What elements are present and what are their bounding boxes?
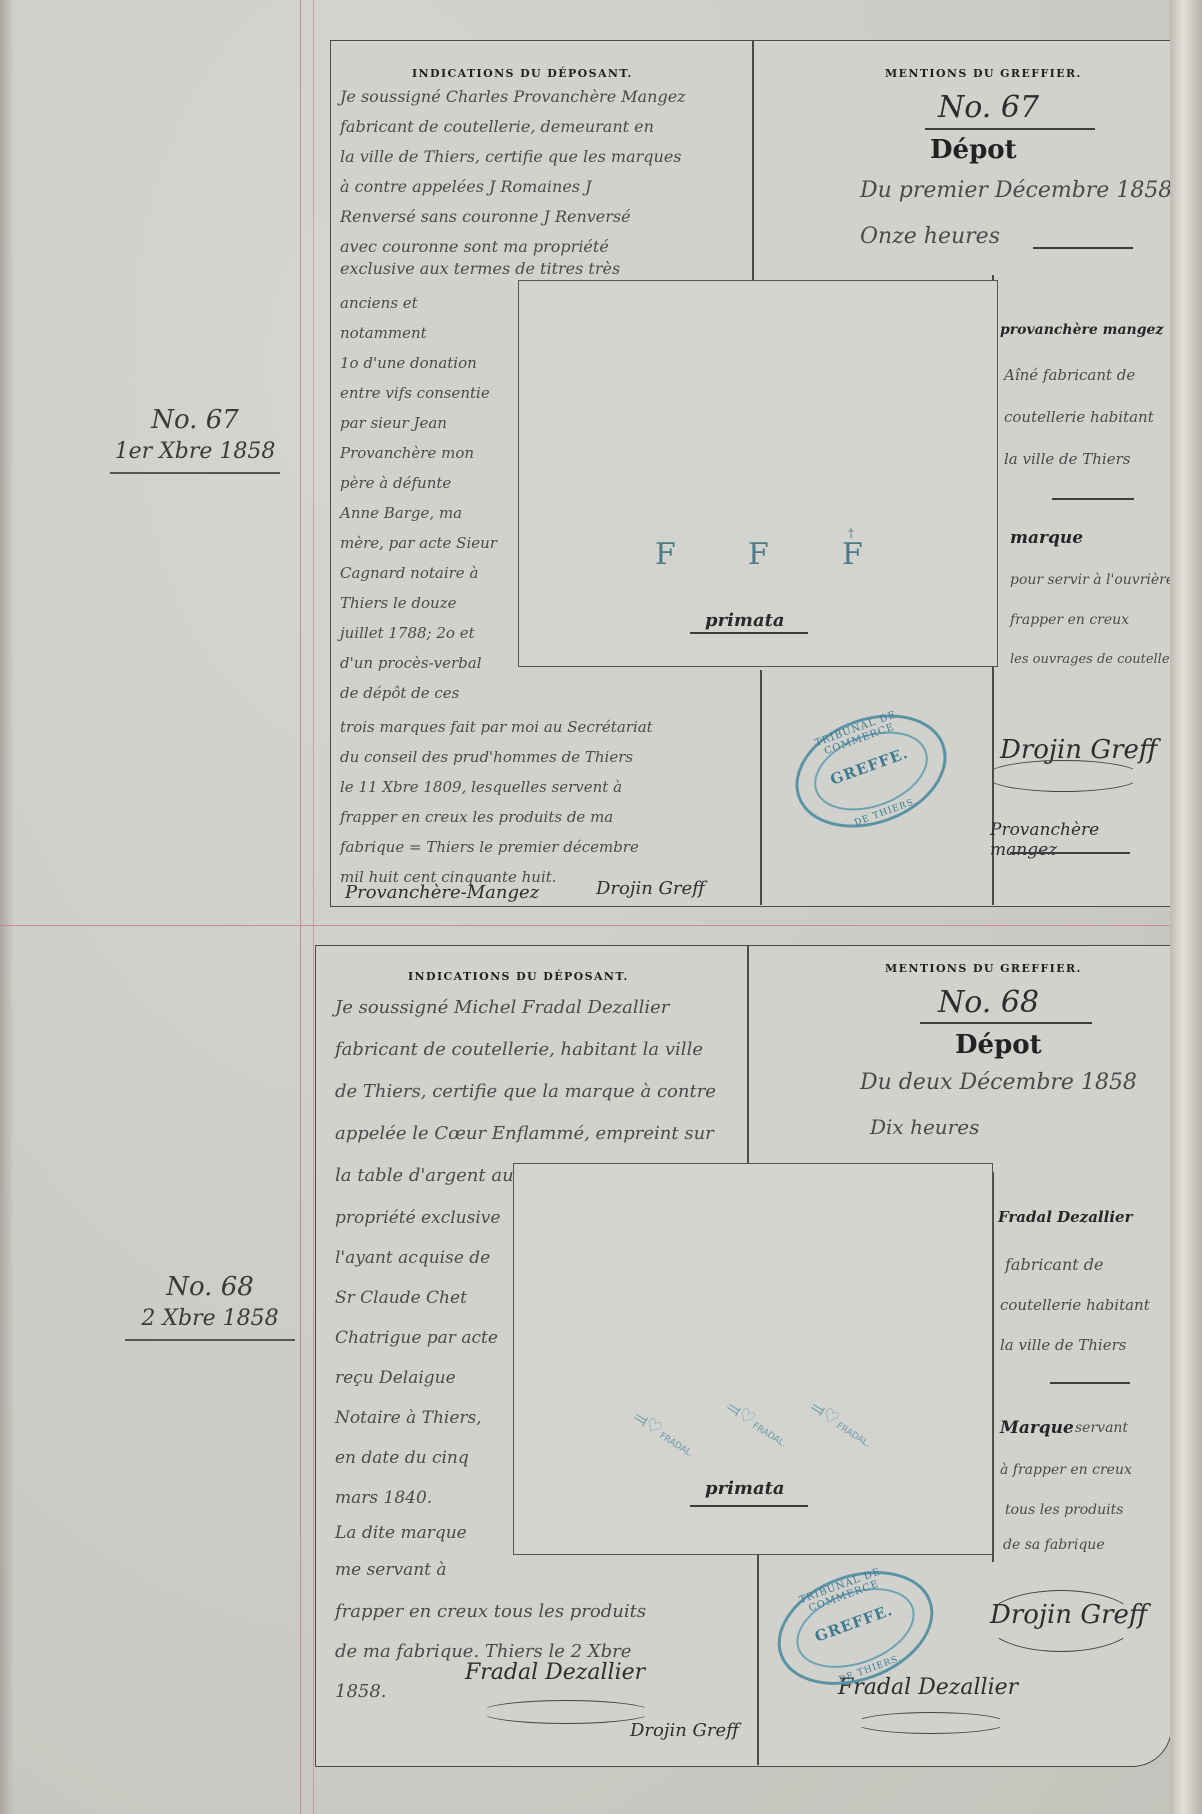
depot-date-68: Du deux Décembre 1858 <box>860 1068 1137 1098</box>
depositor-signature-68: Fradal Dezallier <box>465 1660 645 1685</box>
greffier-note-lead: marque <box>1010 528 1083 548</box>
depot-time-underline <box>1033 247 1133 249</box>
margin-date: 1er Xbre 1858 <box>100 439 290 464</box>
greffier-note-line: Aîné fabricant de <box>1004 360 1135 390</box>
greffier-note-line: frapper en creux <box>1010 605 1129 635</box>
deposit-number-underline <box>920 1022 1092 1024</box>
text-line: appelée le Cœur Enflammé, empreint sur <box>335 1119 714 1149</box>
text-line: de dépôt de ces <box>340 678 459 708</box>
text-line: Thiers le douze <box>340 588 457 618</box>
register-page: No. 67 1er Xbre 1858 INDICATIONS DU DÉPO… <box>0 0 1170 1814</box>
text-line: frapper en creux les produits de ma <box>340 802 613 832</box>
text-line: Je soussigné Charles Provanchère Mangez <box>340 82 686 112</box>
text-line: La dite marque <box>335 1518 467 1548</box>
text-line: Je soussigné Michel Fradal Dezallier <box>335 993 669 1023</box>
mentions-header: MENTIONS DU GREFFIER. <box>885 962 1082 975</box>
greffier-countersignature-67: Provanchère mangez <box>990 820 1170 860</box>
greffier-note-line: coutellerie habitant <box>1000 1290 1150 1320</box>
greffier-note-line: à frapper en creux <box>1000 1455 1132 1485</box>
text-line: me servant à <box>335 1555 447 1585</box>
text-line: Renversé sans couronne J Renversé <box>340 202 631 232</box>
text-line: à contre appelées J Romaines J <box>340 172 592 202</box>
greffier-note-lead: Fradal Dezallier <box>998 1208 1132 1226</box>
margin-entry-67: No. 67 1er Xbre 1858 <box>100 405 290 474</box>
text-line: 1858. <box>335 1677 387 1707</box>
text-line: 1o d'une donation <box>340 348 477 378</box>
greffier-note-lead: Marque <box>1000 1418 1074 1438</box>
text-line: juillet 1788; 2o et <box>340 618 475 648</box>
mark-letter-f-crowned: F <box>842 537 863 572</box>
margin-number: No. 67 <box>100 405 290 435</box>
text-line: mère, par acte Sieur <box>340 528 497 558</box>
text-line: Chatrigue par acte <box>335 1323 498 1353</box>
text-line: de Thiers, certifie que la marque à cont… <box>335 1077 716 1107</box>
depot-label-67: Dépot <box>930 135 1017 165</box>
text-line: l'ayant acquise de <box>335 1243 490 1273</box>
depot-time-68: Dix heures <box>870 1112 979 1142</box>
clerk-signature-68: Drojin Greff <box>630 1720 739 1741</box>
mark-caption-67: primata <box>705 610 785 631</box>
signature-flourish <box>985 1590 1137 1652</box>
text-line: par sieur Jean <box>340 408 447 438</box>
depot-date-67: Du premier Décembre 1858 <box>860 176 1172 206</box>
depot-label-68: Dépot <box>955 1030 1042 1060</box>
text-line: entre vifs consentie <box>340 378 490 408</box>
margin-rule-vertical <box>300 0 301 1814</box>
margin-date: 2 Xbre 1858 <box>115 1306 305 1331</box>
greffier-note-line: la ville de Thiers <box>1004 444 1130 474</box>
deposit-number-67: No. 67 <box>938 90 1039 125</box>
signature-flourish <box>985 760 1142 792</box>
text-line: Anne Barge, ma <box>340 498 462 528</box>
text-line: Cagnard notaire à <box>340 558 478 588</box>
greffier-note-line: pour servir à l'ouvrière <box>1010 565 1174 595</box>
column-divider-lower <box>757 1552 759 1765</box>
text-line: la ville de Thiers, certifie que les mar… <box>340 142 682 172</box>
text-line: fabricant de coutellerie, habitant la vi… <box>335 1035 703 1065</box>
page-edge-shadow <box>0 0 14 1814</box>
signature-underline <box>1010 852 1130 854</box>
entry-divider-rule <box>0 925 1170 926</box>
greffier-note-divider <box>1052 498 1134 500</box>
text-line: d'un procès-verbal <box>340 648 482 678</box>
text-line: Sr Claude Chet <box>335 1283 467 1313</box>
greffier-note-lead: provanchère mangez <box>1000 322 1163 338</box>
clerk-signature-67: Drojin Greff <box>596 878 705 899</box>
greffier-note-line: fabricant de <box>1005 1250 1104 1280</box>
margin-underline <box>125 1339 295 1341</box>
text-line: fabrique = Thiers le premier décembre <box>340 832 639 862</box>
margin-rule-vertical-2 <box>313 0 314 1814</box>
text-line: reçu Delaigue <box>335 1363 456 1393</box>
greffier-note-line: les ouvrages de coutellerie <box>1010 645 1188 675</box>
text-line: fabricant de coutellerie, demeurant en <box>340 112 654 142</box>
margin-entry-68: No. 68 2 Xbre 1858 <box>115 1272 305 1341</box>
greffier-note-line: tous les produits <box>1005 1495 1123 1525</box>
greffier-note-divider <box>1050 1382 1130 1384</box>
text-line: Provanchère mon <box>340 438 474 468</box>
column-divider <box>747 945 749 1173</box>
mark-box-67 <box>518 280 998 667</box>
greffier-note-line: servant <box>1075 1413 1128 1443</box>
greffier-note-line: coutellerie habitant <box>1004 402 1154 432</box>
text-line: frapper en creux tous les produits <box>335 1597 646 1627</box>
margin-underline <box>110 472 280 474</box>
book-binding-edge <box>1170 0 1202 1814</box>
crown-icon: † <box>848 526 854 540</box>
mentions-header: MENTIONS DU GREFFIER. <box>885 67 1082 80</box>
greffier-note-line: de sa fabrique <box>1003 1530 1105 1560</box>
mark-caption-68: primata <box>705 1478 785 1499</box>
text-line: le 11 Xbre 1809, lesquelles servent à <box>340 772 622 802</box>
mark-caption-underline <box>690 1505 808 1507</box>
deposit-number-underline <box>925 128 1095 130</box>
mark-letter-f: F <box>655 537 676 572</box>
signature-flourish <box>855 1712 1007 1734</box>
column-divider <box>752 40 754 285</box>
text-line: en date du cinq <box>335 1443 469 1473</box>
depot-time-67: Onze heures <box>860 222 1000 252</box>
deposit-number-68: No. 68 <box>938 985 1039 1020</box>
greffier-note-line: la ville de Thiers <box>1000 1330 1126 1360</box>
text-line: père à défunte <box>340 468 451 498</box>
indications-header: INDICATIONS DU DÉPOSANT. <box>408 970 629 983</box>
mark-caption-underline <box>690 632 808 634</box>
text-line: mars 1840. <box>335 1483 432 1513</box>
text-line: propriété exclusive <box>335 1203 500 1233</box>
text-line: Notaire à Thiers, <box>335 1403 482 1433</box>
text-line: anciens et <box>340 288 418 318</box>
signature-flourish <box>480 1700 652 1724</box>
text-line: trois marques fait par moi au Secrétaria… <box>340 712 653 742</box>
mark-letter-f-accent: F <box>748 537 769 572</box>
column-divider-lower <box>760 670 762 905</box>
depositor-signature-67: Provanchère-Mangez <box>345 882 539 903</box>
text-line: du conseil des prud'hommes de Thiers <box>340 742 633 772</box>
indications-header: INDICATIONS DU DÉPOSANT. <box>412 67 633 80</box>
text-line: notamment <box>340 318 427 348</box>
margin-number: No. 68 <box>115 1272 305 1302</box>
